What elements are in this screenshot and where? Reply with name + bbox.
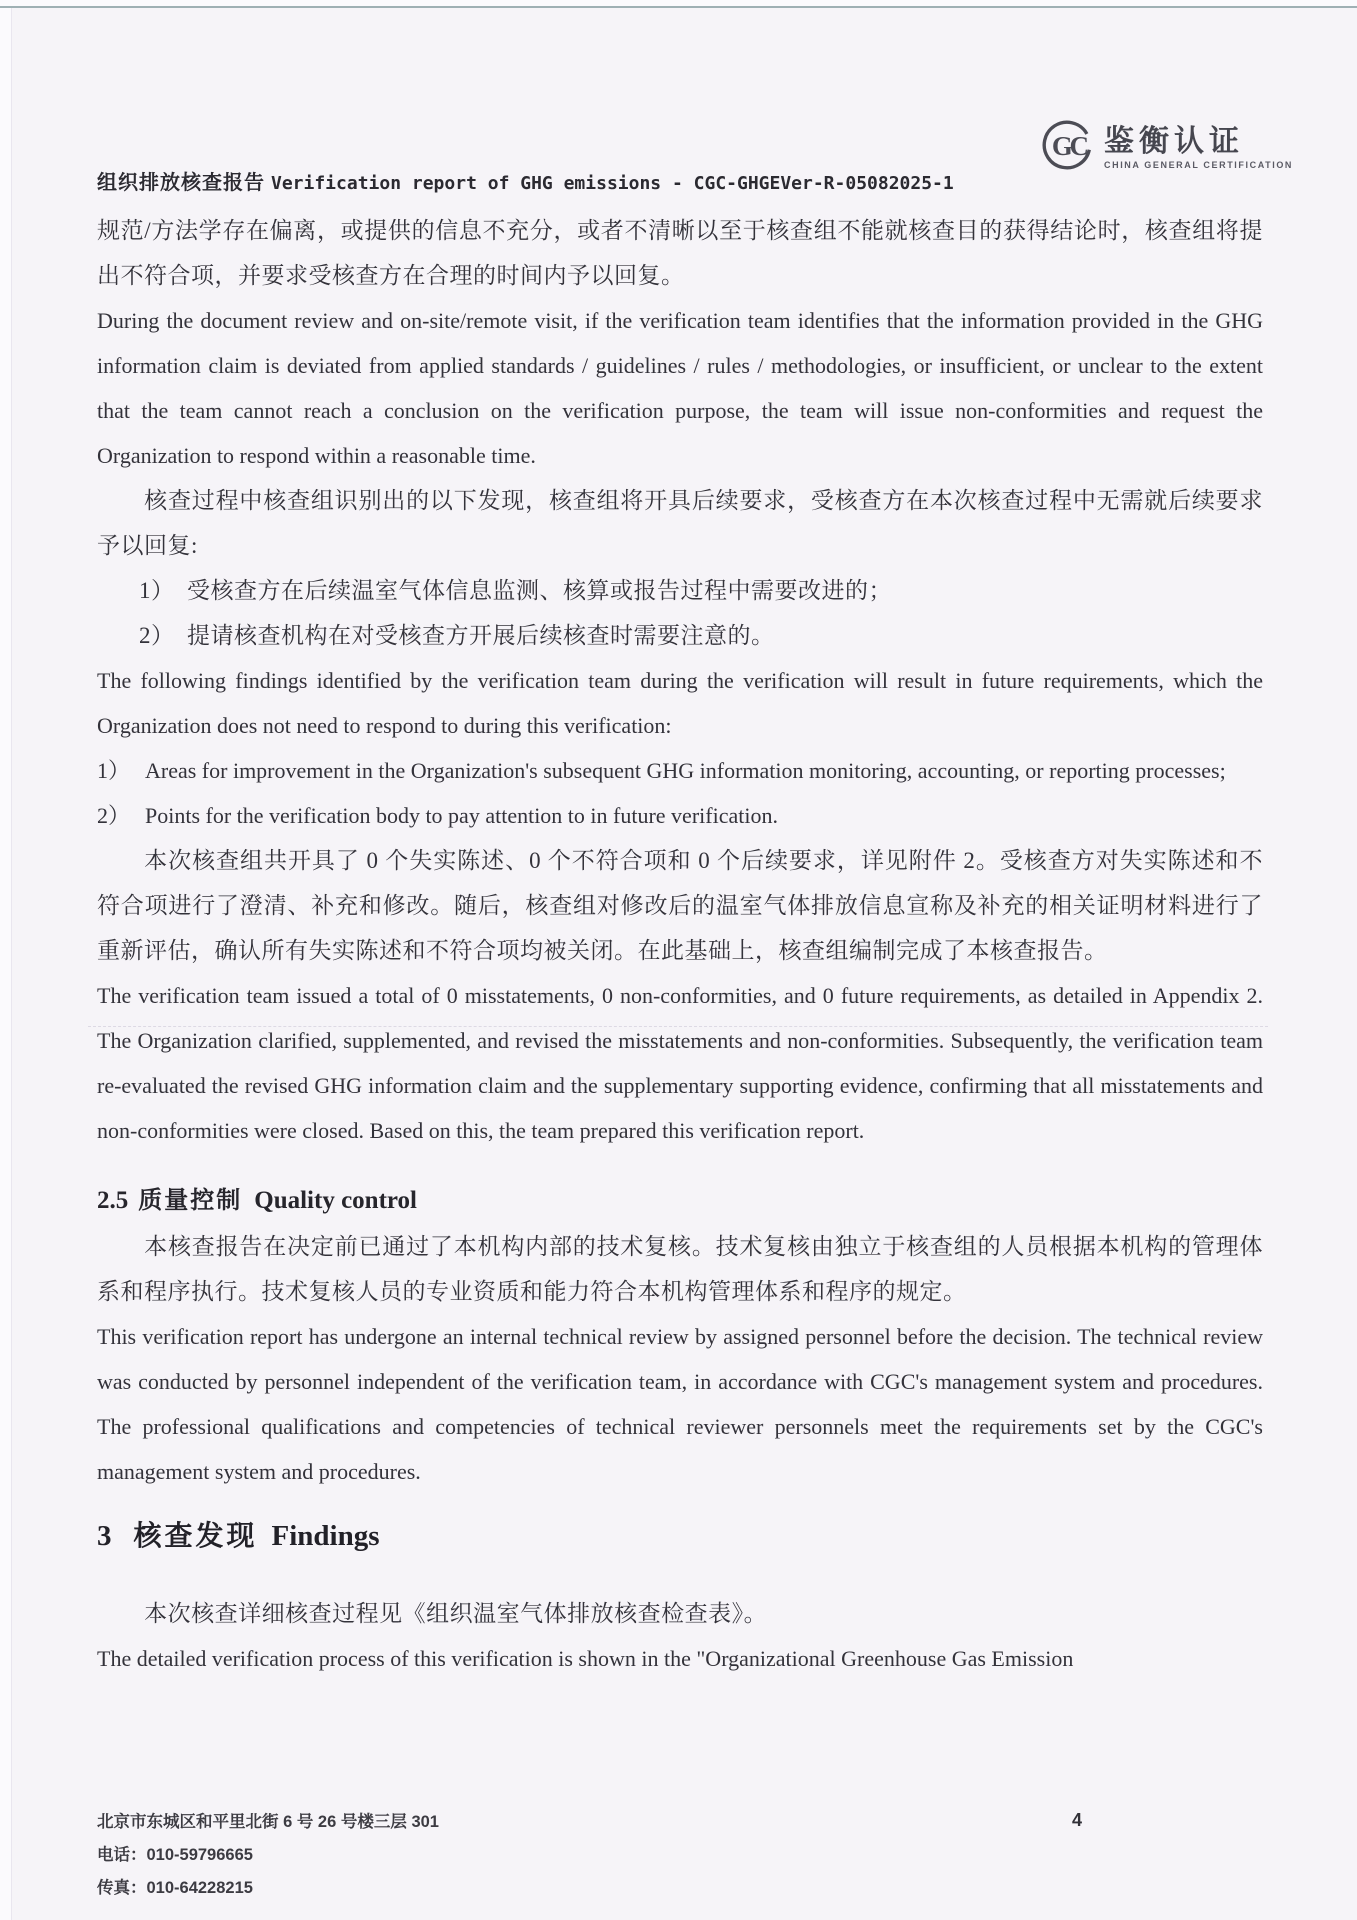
paragraph-future-req-zh: 核查过程中核查组识别出的以下发现，核查组将开具后续要求，受核查方在本次核查过程中… (97, 478, 1263, 568)
scanned-page: GC 鉴衡认证 CHINA GENERAL CERTIFICATION 组织排放… (0, 0, 1357, 1920)
list-item-text: 提请核查机构在对受核查方开展后续核查时需要注意的。 (187, 613, 1263, 658)
section-title-zh: 核查发现 (134, 1520, 258, 1551)
list-marker: 2） (97, 793, 145, 838)
header-title-en: Verification report of GHG emissions - C… (271, 173, 954, 194)
section-number: 3 (97, 1520, 112, 1552)
paragraph-summary-en: The verification team issued a total of … (97, 973, 1263, 1153)
document-body: 规范/方法学存在偏离，或提供的信息不充分，或者不清晰以至于核查组不能就核查目的获… (97, 208, 1263, 1681)
paragraph-findings-zh: 本次核查详细核查过程见《组织温室气体排放核查检查表》。 (97, 1591, 1263, 1636)
logo-text-block: 鉴衡认证 CHINA GENERAL CERTIFICATION (1104, 126, 1293, 170)
list-item-text: 受核查方在后续温室气体信息监测、核算或报告过程中需要改进的； (187, 568, 1263, 613)
list-item-text: Points for the verification body to pay … (145, 793, 1263, 838)
footer-phone: 电话：010-59796665 (97, 1839, 439, 1872)
paragraph-quality-en: This verification report has undergone a… (97, 1314, 1263, 1494)
header-title-zh: 组织排放核查报告 (97, 166, 265, 195)
section-title-zh: 质量控制 (138, 1187, 242, 1214)
paragraph-intro-en: During the document review and on-site/r… (97, 298, 1263, 478)
section-title-en: Quality control (254, 1187, 417, 1214)
section-number: 2.5 (97, 1187, 128, 1214)
footer-address: 北京市东城区和平里北街 6 号 26 号楼三层 301 (97, 1806, 439, 1839)
list-marker: 2） (139, 613, 187, 658)
page-footer: 北京市东城区和平里北街 6 号 26 号楼三层 301 电话：010-59796… (97, 1806, 439, 1905)
list-item-en-1: 1） Areas for improvement in the Organiza… (97, 748, 1263, 793)
paragraph-quality-zh: 本核查报告在决定前已通过了本机构内部的技术复核。技术复核由独立于核查组的人员根据… (97, 1224, 1263, 1314)
paragraph-findings-en: The detailed verification process of thi… (97, 1636, 1263, 1681)
paragraph-future-req-en: The following findings identified by the… (97, 658, 1263, 748)
list-marker: 1） (139, 568, 187, 613)
list-item-zh-2: 2） 提请核查机构在对受核查方开展后续核查时需要注意的。 (139, 613, 1263, 658)
list-marker: 1） (97, 748, 145, 793)
section-heading-findings: 3核查发现Findings (97, 1512, 1263, 1565)
list-item-text: Areas for improvement in the Organizatio… (145, 748, 1263, 793)
list-item-en-2: 2） Points for the verification body to p… (97, 793, 1263, 838)
page-number: 4 (1072, 1810, 1082, 1831)
svg-text:GC: GC (1052, 131, 1088, 161)
list-item-zh-1: 1） 受核查方在后续温室气体信息监测、核算或报告过程中需要改进的； (139, 568, 1263, 613)
paragraph-intro-zh: 规范/方法学存在偏离，或提供的信息不充分，或者不清晰以至于核查组不能就核查目的获… (97, 208, 1263, 298)
section-title-en: Findings (272, 1520, 380, 1552)
scan-edge-top (0, 6, 1357, 8)
footer-fax: 传真：010-64228215 (97, 1872, 439, 1905)
document-header: 组织排放核查报告 Verification report of GHG emis… (97, 166, 1263, 195)
paragraph-summary-zh: 本次核查组共开具了 0 个失实陈述、0 个不符合项和 0 个后续要求，详见附件 … (97, 838, 1263, 973)
section-heading-quality-control: 2.5质量控制Quality control (97, 1181, 1263, 1224)
logo-name-zh: 鉴衡认证 (1104, 126, 1293, 158)
